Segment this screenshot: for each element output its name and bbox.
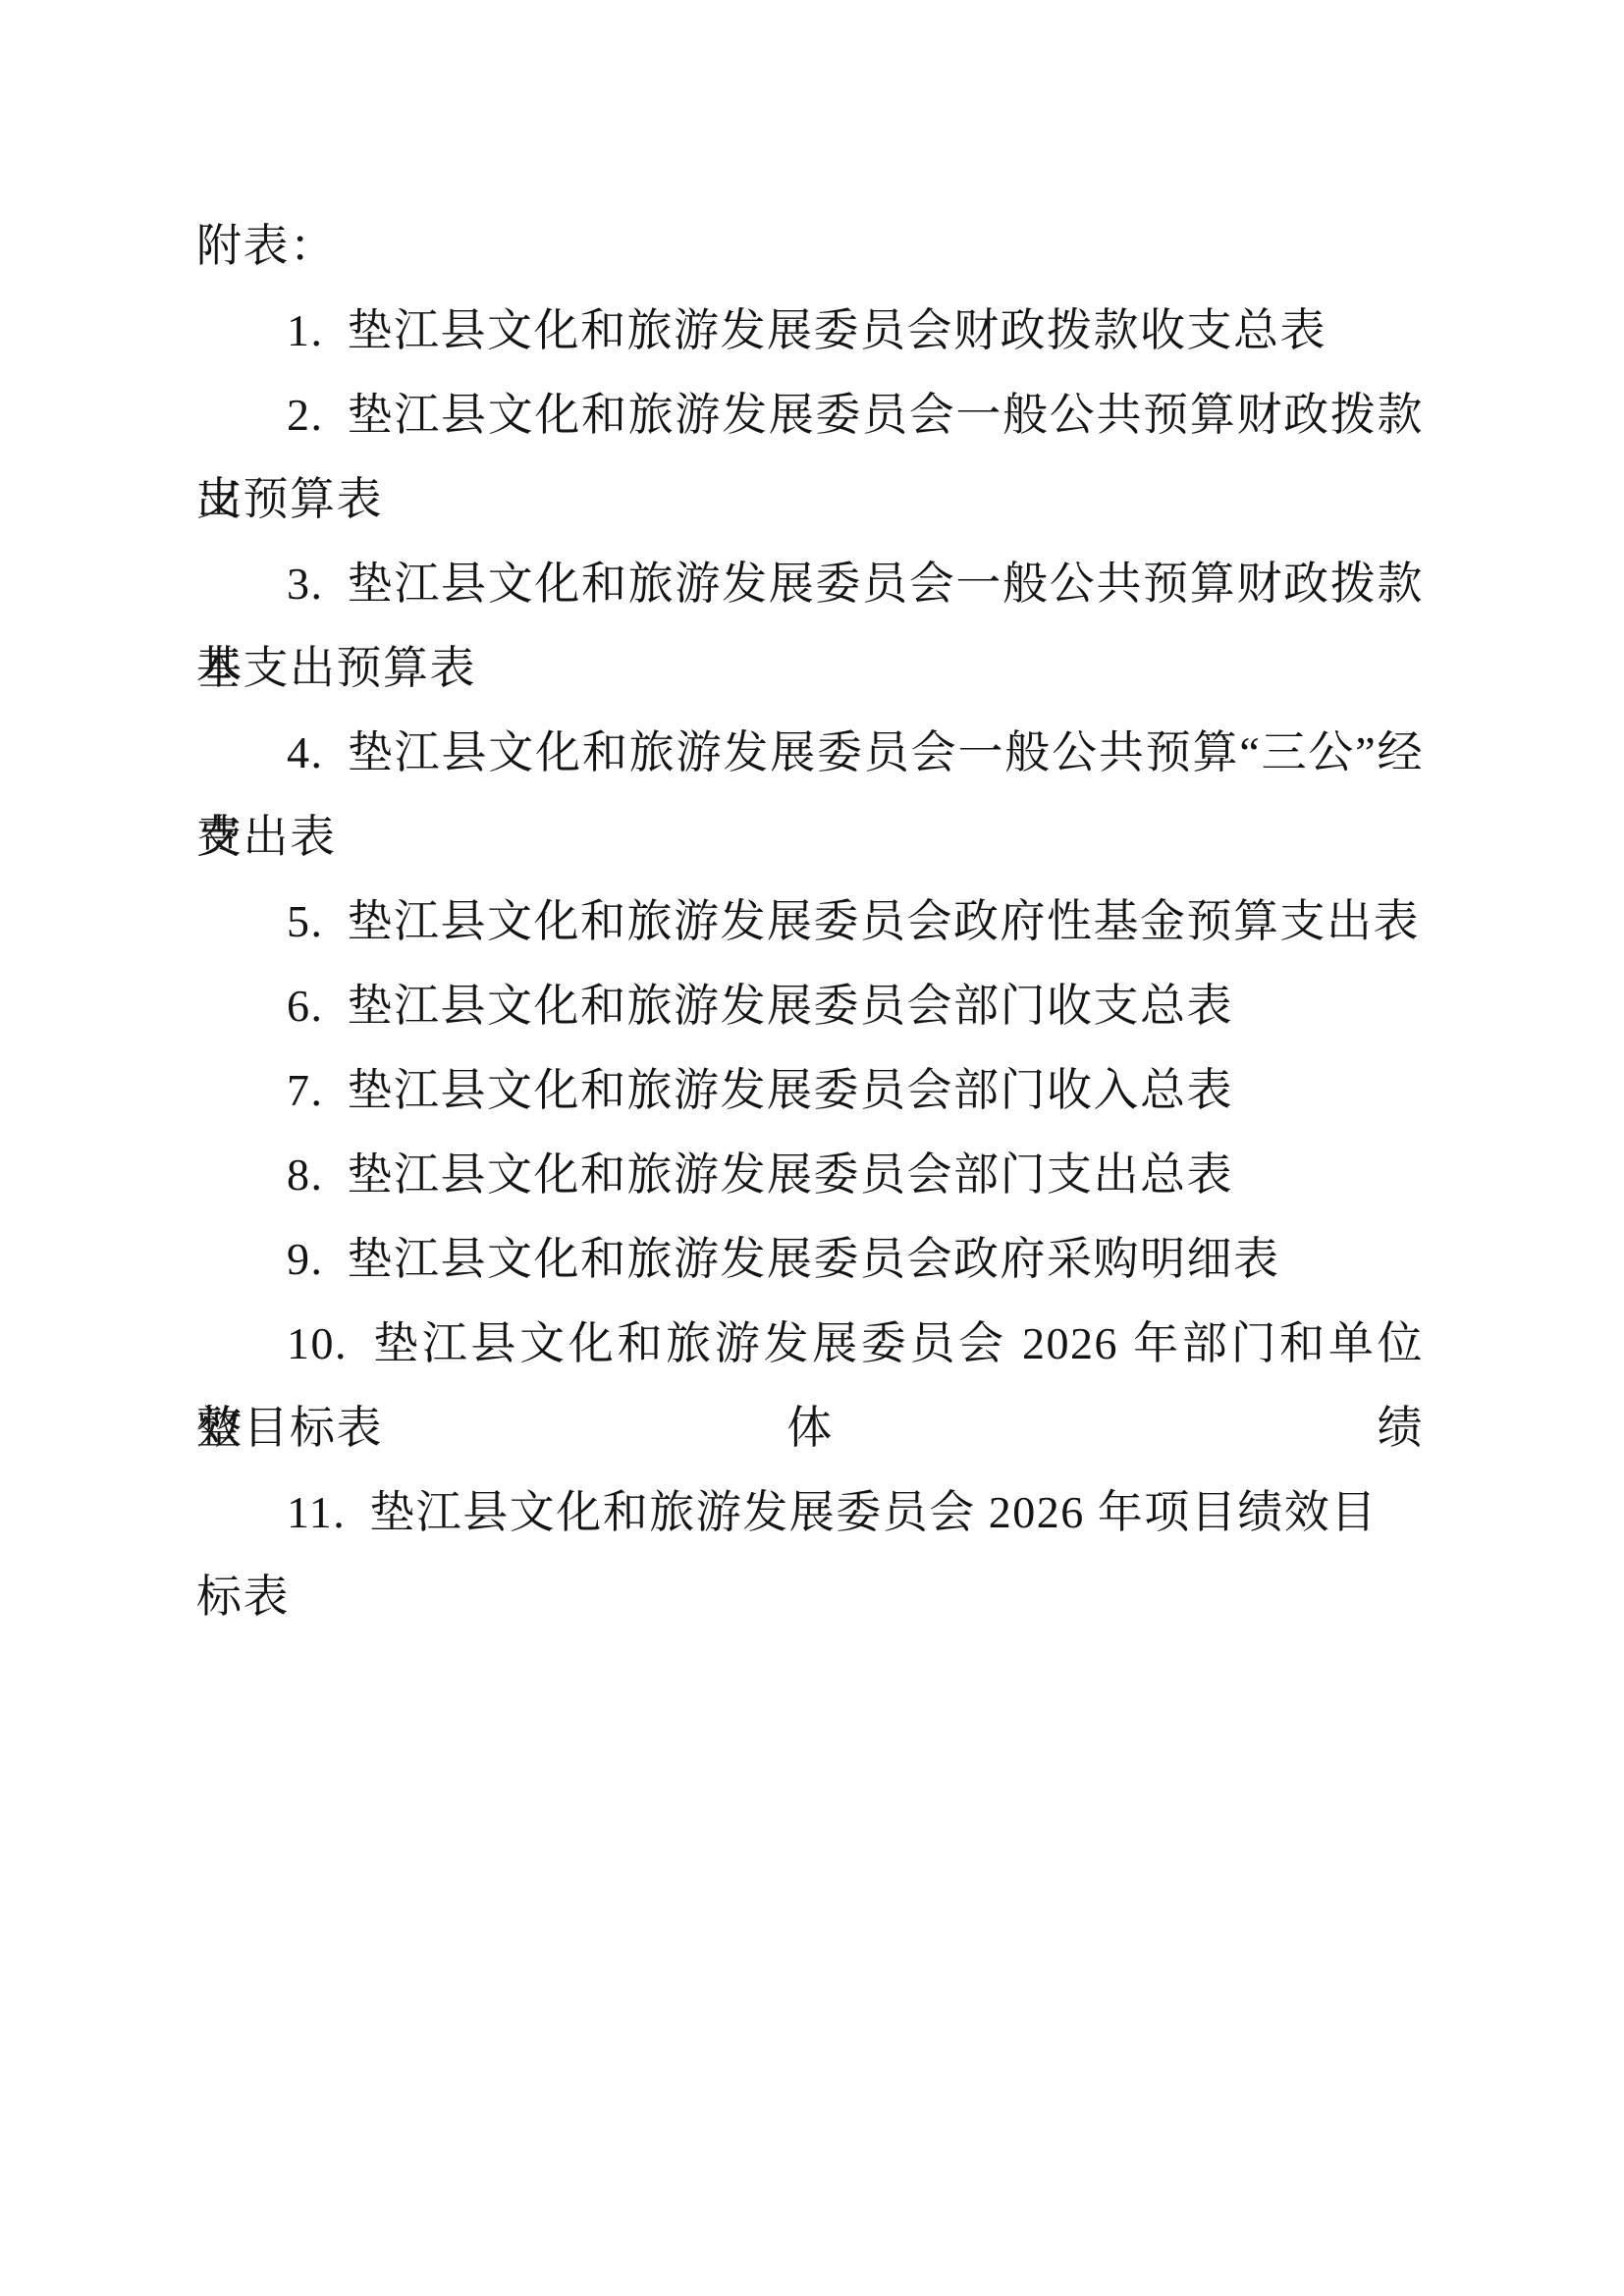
item-title-text: 垫江县文化和旅游发展委员会政府采购明细表	[348, 1234, 1280, 1284]
attachment-item-title-line: 7.垫江县文化和旅游发展委员会部门收入总表	[196, 1048, 1424, 1133]
item-title-text: 垫江县文化和旅游发展委员会部门收支总表	[348, 981, 1234, 1031]
item-number: 11.	[287, 1470, 369, 1555]
item-title-text: 垫江县文化和旅游发展委员会部门收入总表	[348, 1065, 1234, 1115]
attachment-item-title-line: 11.垫江县文化和旅游发展委员会 2026 年项目绩效目标表	[196, 1470, 1424, 1555]
item-title-text-continued: 出预算表	[196, 474, 383, 524]
attachment-item-title-line: 2.垫江县文化和旅游发展委员会一般公共预算财政拨款支	[196, 373, 1424, 457]
item-number: 9.	[287, 1217, 348, 1302]
attachment-list: 附表： 1.垫江县文化和旅游发展委员会财政拨款收支总表 2.垫江县文化和旅游发展…	[196, 204, 1424, 1555]
item-title-text: 垫江县文化和旅游发展委员会部门支出总表	[348, 1149, 1234, 1200]
item-number: 4.	[287, 711, 348, 795]
item-number: 10.	[287, 1302, 371, 1386]
attachment-items: 1.垫江县文化和旅游发展委员会财政拨款收支总表 2.垫江县文化和旅游发展委员会一…	[196, 289, 1424, 1555]
document-page: 附表： 1.垫江县文化和旅游发展委员会财政拨款收支总表 2.垫江县文化和旅游发展…	[0, 0, 1624, 2296]
attachment-item-title-line: 4.垫江县文化和旅游发展委员会一般公共预算“三公”经费	[196, 711, 1424, 795]
item-title-text-continued: 本支出预算表	[196, 643, 476, 693]
item-number: 1.	[287, 289, 348, 373]
attachment-list-heading: 附表：	[196, 204, 1424, 289]
item-number: 6.	[287, 964, 348, 1048]
attachment-item-continuation-line: 本支出预算表	[196, 626, 1424, 711]
item-title-text-continued: 支出表	[196, 812, 337, 862]
attachment-item-title-line: 3.垫江县文化和旅游发展委员会一般公共预算财政拨款基	[196, 542, 1424, 626]
attachment-item-title-line: 9.垫江县文化和旅游发展委员会政府采购明细表	[196, 1217, 1424, 1302]
attachment-item-title-line: 6.垫江县文化和旅游发展委员会部门收支总表	[196, 964, 1424, 1048]
item-number: 2.	[287, 373, 348, 457]
item-title-text-continued: 效目标表	[196, 1403, 383, 1453]
item-number: 7.	[287, 1048, 348, 1133]
attachment-item-title-line: 10.垫江县文化和旅游发展委员会 2026 年部门和单位整体绩	[196, 1302, 1424, 1386]
item-title-text: 垫江县文化和旅游发展委员会财政拨款收支总表	[348, 305, 1327, 355]
item-number: 8.	[287, 1133, 348, 1217]
attachment-item-title-line: 1.垫江县文化和旅游发展委员会财政拨款收支总表	[196, 289, 1424, 373]
item-number: 5.	[287, 880, 348, 964]
item-title-text: 垫江县文化和旅游发展委员会 2026 年项目绩效目标表	[196, 1487, 1378, 1622]
item-title-text: 垫江县文化和旅游发展委员会政府性基金预算支出表	[348, 896, 1421, 946]
attachment-item-title-line: 5.垫江县文化和旅游发展委员会政府性基金预算支出表	[196, 880, 1424, 964]
attachment-item-continuation-line: 出预算表	[196, 457, 1424, 542]
attachment-item-title-line: 8.垫江县文化和旅游发展委员会部门支出总表	[196, 1133, 1424, 1217]
attachment-item-continuation-line: 支出表	[196, 795, 1424, 880]
item-number: 3.	[287, 542, 348, 626]
